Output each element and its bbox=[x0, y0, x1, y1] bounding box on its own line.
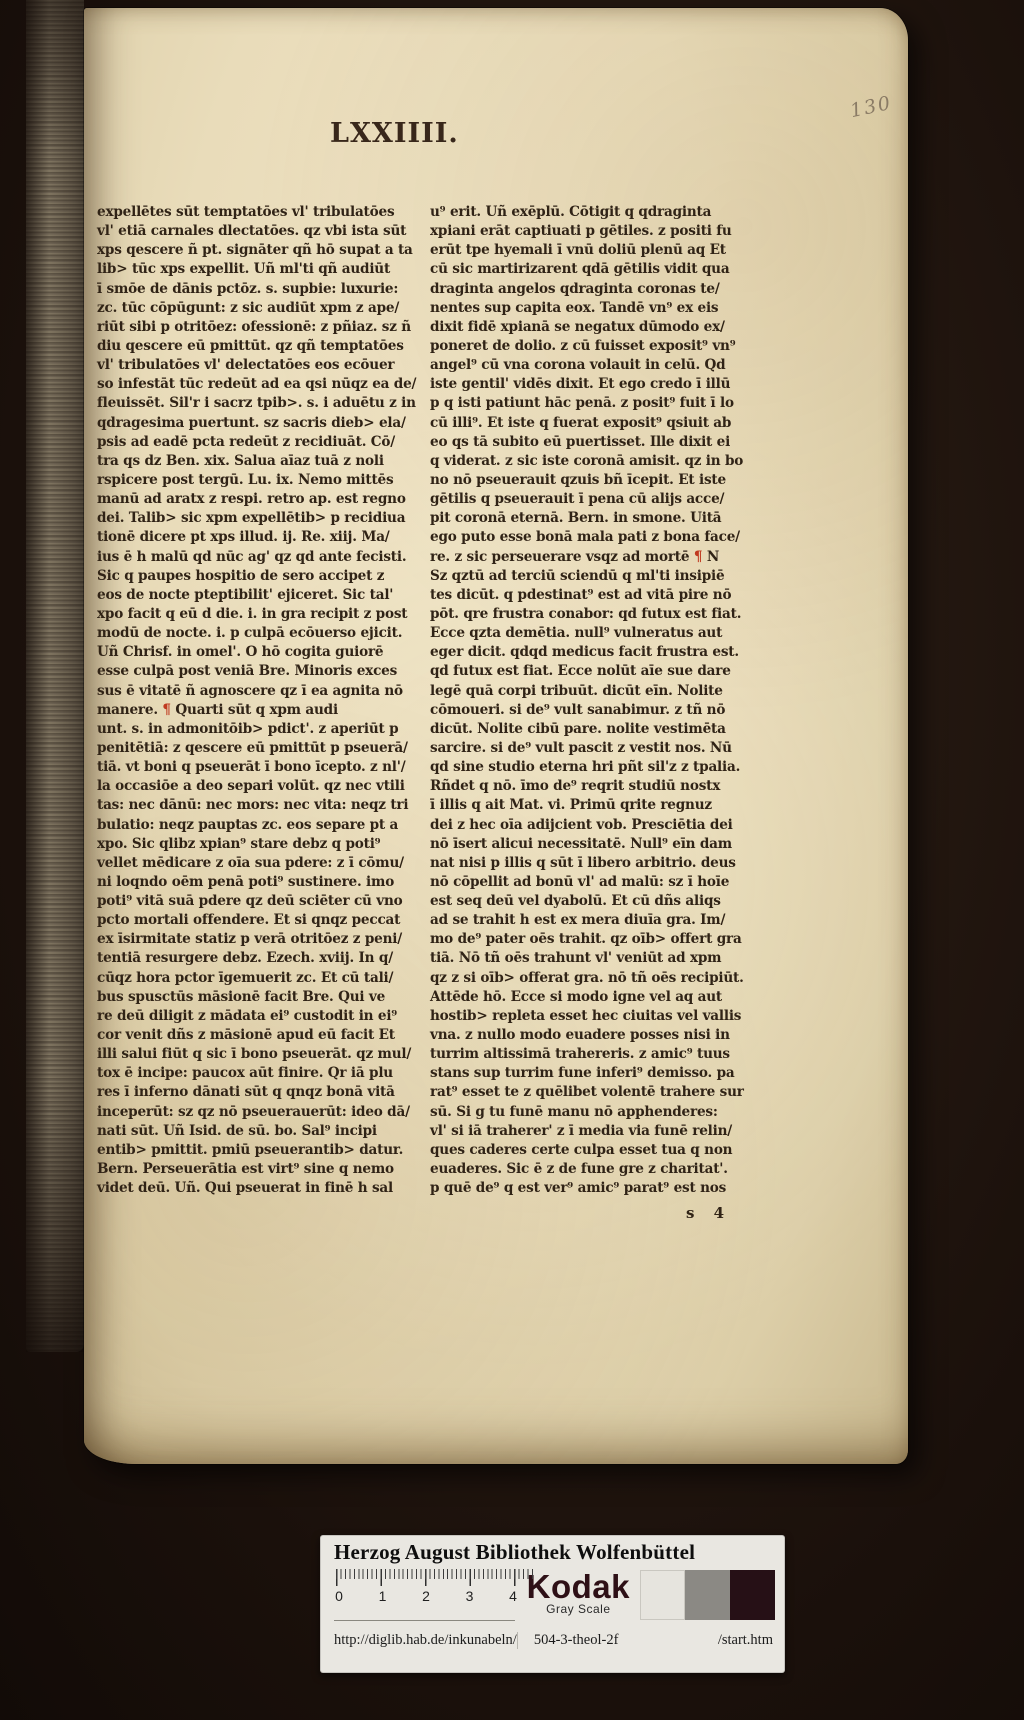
text-line: sū. Si g tu funē manu nō apphenderes: bbox=[430, 1103, 766, 1122]
text-line: Rñdet q nō. īmo de⁹ reqrit studiū nostx bbox=[430, 777, 766, 796]
text-line: gētilis q pseuerauit ī pena cū alijs acc… bbox=[430, 490, 766, 509]
text-line: xpo. Sic qlibz xpian⁹ stare debz q poti⁹ bbox=[97, 835, 433, 854]
text-line: expellētes sūt temptatōes vl' tribulatōe… bbox=[97, 203, 433, 222]
text-line: tes dicūt. q pdestinat⁹ est ad vitā pire… bbox=[430, 586, 766, 605]
text-line: vna. z nullo modo euadere posses nisi in bbox=[430, 1026, 766, 1045]
text-line: rat⁹ esset te z quēlibet volentē trahere… bbox=[430, 1083, 766, 1102]
text-line: legē quā corpi tribuūt. dicūt eīn. Nolit… bbox=[430, 682, 766, 701]
text-line: cor venit dñs z māsionē apud eū facit Et bbox=[97, 1026, 433, 1045]
text-line: stans sup turrim fune inferi⁹ demisso. p… bbox=[430, 1064, 766, 1083]
text-line: eos de nocte pteptibilit' ejiceret. Sic … bbox=[97, 586, 433, 605]
photograph-background: LXXIIII. 130 expellētes sūt temptatōes v… bbox=[0, 0, 1024, 1720]
text-line: cūqz hora pctor īgemuerit zc. Et cū tali… bbox=[97, 969, 433, 988]
shelfmark: 504-3-theol-2f bbox=[517, 1632, 673, 1649]
text-line: dixit fidē xpianā se negatux dūmodo ex/ bbox=[430, 318, 766, 337]
text-line: riūt sibi p otritōez: ofessionē: z pñiaz… bbox=[97, 318, 433, 337]
text-line: illi salui fiūt q sic ī bono pseuerāt. q… bbox=[97, 1045, 433, 1064]
text-line: penitētiā: z qescere eū pmittūt p pseuer… bbox=[97, 739, 433, 758]
text-line: vl' si iā traherer' z ī media via funē r… bbox=[430, 1122, 766, 1141]
text-line: euaderes. Sic ē z de fune gre z charitat… bbox=[430, 1160, 766, 1179]
text-line: ego puto esse bonā mala pati z bona face… bbox=[430, 528, 766, 547]
ruler-minor-ticks bbox=[336, 1569, 536, 1579]
text-line: zc. tūc cōpūgunt: z sic audiūt xpm z ape… bbox=[97, 299, 433, 318]
text-line: ius ē h malū qd nūc ag' qz qd ante fecis… bbox=[97, 548, 433, 567]
text-line: qdragesima puertunt. sz sacris dieb> ela… bbox=[97, 414, 433, 433]
text-line: 4 bbox=[508, 1588, 518, 1604]
text-line: est seq deū vel dyabolū. Et cū dñs aliqs bbox=[430, 892, 766, 911]
text-line: lib> tūc xps expellit. Uñ ml'ti qñ audiū… bbox=[97, 260, 433, 279]
text-line: erūt tpe hyemali ī vnū doliū plenū aq Et bbox=[430, 241, 766, 260]
text-line: xps qescere ñ pt. signāter qñ hō supat a… bbox=[97, 241, 433, 260]
rubric-paragraph-mark: ¶ bbox=[162, 702, 170, 718]
text-line: mo de⁹ pater oēs trahit. qz oīb> offert … bbox=[430, 930, 766, 949]
text-line: dei z hec oīa adijcient vob. Presciētia … bbox=[430, 816, 766, 835]
text-line: re deū diligit z mādata ei⁹ custodit in … bbox=[97, 1007, 433, 1026]
text-line: cū illi⁹. Et iste q fuerat exposit⁹ qsiu… bbox=[430, 414, 766, 433]
text-line: dicūt. Nolite cibū pare. nolite vestimēt… bbox=[430, 720, 766, 739]
text-line: la occasiōe a deo separi volūt. qz nec v… bbox=[97, 777, 433, 796]
text-line: res ī inferno dānati sūt q qnqz bonā vit… bbox=[97, 1083, 433, 1102]
text-line: tentiā resurgere debz. Ezech. xviij. In … bbox=[97, 949, 433, 968]
book-fore-edge bbox=[26, 0, 84, 1352]
text-line: esse culpā post veniā Bre. Minoris exces bbox=[97, 662, 433, 681]
text-line: inceperūt: sz qz nō pseuerauerūt: ideo d… bbox=[97, 1103, 433, 1122]
text-line: xpo facit q eū d die. i. in gra recipit … bbox=[97, 605, 433, 624]
library-name: Herzog August Bibliothek Wolfenbüttel bbox=[320, 1535, 785, 1565]
text-line: angel⁹ cū vna corona volauit in celū. Qd bbox=[430, 356, 766, 375]
text-line: nō īsert alicui necessitatē. Null⁹ eīn d… bbox=[430, 835, 766, 854]
text-line: eo qs tā subito eū puertisset. Ille dixi… bbox=[430, 433, 766, 452]
quire-signature-mark: s 4 bbox=[686, 1204, 731, 1222]
digital-library-url: http://diglib.hab.de/inkunabeln/ bbox=[334, 1632, 517, 1649]
text-line: diu qescere eū pmittūt. qz qñ temptatōes bbox=[97, 337, 433, 356]
text-line: tiā. Nō tñ oēs trahunt vl' veniūt ad xpm bbox=[430, 949, 766, 968]
text-line: fleuissēt. Sil'r i sacrz tpib>. s. i adu… bbox=[97, 394, 433, 413]
text-line: Bern. Perseuerātia est virt⁹ sine q nemo bbox=[97, 1160, 433, 1179]
text-line: u⁹ erit. Uñ exēplū. Cōtigit q qdraginta bbox=[430, 203, 766, 222]
text-line: dei. Talib> sic xpm expellētib> p recidi… bbox=[97, 509, 433, 528]
scale-bar-middle-row: 01234 Kodak Gray Scale bbox=[320, 1565, 785, 1624]
text-line: entib> pmittit. pmiū pseuerantib> datur. bbox=[97, 1141, 433, 1160]
gray-patch-dark bbox=[730, 1570, 775, 1620]
cm-ruler: 01234 bbox=[334, 1568, 515, 1621]
start-page-path: /start.htm bbox=[673, 1632, 773, 1649]
text-line: bulatio: neqz pauptas zc. eos separe pt … bbox=[97, 816, 433, 835]
text-line: turrim altissimā trahereris. z amic⁹ tuu… bbox=[430, 1045, 766, 1064]
ruler-numbers: 01234 bbox=[334, 1588, 518, 1604]
text-line: xpiani erāt captiuati p gētiles. z posit… bbox=[430, 222, 766, 241]
text-line: p quē de⁹ q est ver⁹ amic⁹ parat⁹ est no… bbox=[430, 1179, 766, 1198]
text-line: tas: nec dānū: nec mors: nec vita: neqz … bbox=[97, 796, 433, 815]
text-line: sus ē vitatē ñ agnoscere qz ī ea agnita … bbox=[97, 682, 433, 701]
kodak-scale-bar: Herzog August Bibliothek Wolfenbüttel 01… bbox=[320, 1535, 785, 1673]
text-line: ī smōe de dānis pctōz. s. supbie: luxuri… bbox=[97, 280, 433, 299]
text-line: poneret de dolio. z cū fuisset exposit⁹ … bbox=[430, 337, 766, 356]
text-line: draginta angelos qdraginta coronas te/ bbox=[430, 280, 766, 299]
text-line: Uñ Chrisf. in omel'. O hō cogita guiorē bbox=[97, 643, 433, 662]
text-line: pōt. qre frustra conabor: qd futux est f… bbox=[430, 605, 766, 624]
kodak-wordmark: Kodak bbox=[527, 1572, 630, 1602]
text-line: Ecce qzta demētia. null⁹ vulneratus aut bbox=[430, 624, 766, 643]
folio-header: LXXIIII. bbox=[330, 118, 459, 149]
text-line: tra qs dz Ben. xix. Salua aīaz tuā z nol… bbox=[97, 452, 433, 471]
text-line: tiā. vt boni q pseuerāt ī bono īcepto. z… bbox=[97, 758, 433, 777]
text-line: p q isti patiunt hāc penā. z posit⁹ fuit… bbox=[430, 394, 766, 413]
kodak-logo-block: Kodak Gray Scale bbox=[527, 1568, 630, 1616]
text-line: vl' tribulatōes vl' delectatōes eos ecōu… bbox=[97, 356, 433, 375]
text-line: qz z si oīb> offerat gra. nō tñ oēs reci… bbox=[430, 969, 766, 988]
text-line: pit coronā eternā. Bern. in smone. Uitā bbox=[430, 509, 766, 528]
text-line: no nō pseuerauit qzuis bñ īcepit. Et ist… bbox=[430, 471, 766, 490]
text-line: unt. s. in admonitōib> pdict'. z aperiūt… bbox=[97, 720, 433, 739]
text-line: poti⁹ vitā suā pdere qz deū sciēter cū v… bbox=[97, 892, 433, 911]
text-line: 3 bbox=[465, 1588, 475, 1604]
text-line: nō cōpellit ad bonū vl' ad malū: sz ī ho… bbox=[430, 873, 766, 892]
text-line: vl' etiā carnales dlectatōes. qz vbi ist… bbox=[97, 222, 433, 241]
text-line: cū sic martirizarent qdā gētilis vidit q… bbox=[430, 260, 766, 279]
text-line: pcto mortali offendere. Et si qnqz pecca… bbox=[97, 911, 433, 930]
text-line: iste gentil' vidēs dixit. Et ego credo ī… bbox=[430, 375, 766, 394]
text-column-right: u⁹ erit. Uñ exēplū. Cōtigit q qdragintax… bbox=[430, 203, 766, 1198]
text-line: 2 bbox=[421, 1588, 431, 1604]
text-line: vellet mēdicare z oīa sua pdere: z ī cōm… bbox=[97, 854, 433, 873]
text-line: ex īsirmitate statiz p verā otritōez z p… bbox=[97, 930, 433, 949]
text-line: hostib> repleta esset hec ciuitas vel va… bbox=[430, 1007, 766, 1026]
text-line: qd sine studio eterna hri pñt sil'z z tp… bbox=[430, 758, 766, 777]
text-line: nati sūt. Uñ Isid. de sū. bo. Sal⁹ incip… bbox=[97, 1122, 433, 1141]
text-line: manū ad aratx z respi. retro ap. est reg… bbox=[97, 490, 433, 509]
text-line: modū de nocte. i. p culpā ecōuerso ejici… bbox=[97, 624, 433, 643]
text-column-left: expellētes sūt temptatōes vl' tribulatōe… bbox=[97, 203, 433, 1198]
text-line: tox ē incipe: paucox aūt finire. Qr iā p… bbox=[97, 1064, 433, 1083]
text-line: sarcire. si de⁹ vult pascit z vestit nos… bbox=[430, 739, 766, 758]
text-line: re. z sic perseuerare vsqz ad mortē ¶ N bbox=[430, 548, 766, 567]
gray-patch-light bbox=[640, 1570, 685, 1620]
text-line: ad se trahit h est ex mera diuīa gra. Im… bbox=[430, 911, 766, 930]
text-line: nat nisi p illis q sūt ī libero arbitrio… bbox=[430, 854, 766, 873]
text-line: ī illis q ait Mat. vi. Primū qrite regnu… bbox=[430, 796, 766, 815]
rubric-paragraph-mark: ¶ bbox=[694, 549, 702, 565]
text-line: rspicere post tergū. Lu. ix. Nemo mittēs bbox=[97, 471, 433, 490]
gray-patch-mid bbox=[685, 1570, 730, 1620]
text-line: tionē dicere pt xps illud. ij. Re. xiij.… bbox=[97, 528, 433, 547]
text-line: 0 bbox=[334, 1588, 344, 1604]
text-line: Sz qztū ad terciū sciendū q ml'ti insipi… bbox=[430, 567, 766, 586]
text-line: so infestāt tūc redeūt ad ea qsi nūqz ea… bbox=[97, 375, 433, 394]
gray-scale-patches bbox=[640, 1570, 775, 1620]
text-line: q viderat. z sic iste coronā amisit. qz … bbox=[430, 452, 766, 471]
text-line: manere. ¶ Quarti sūt q xpm audi bbox=[97, 701, 433, 720]
text-line: Attēde hō. Ecce si modo igne vel aq aut bbox=[430, 988, 766, 1007]
text-line: ni loqndo oēm penā poti⁹ sustinere. imo bbox=[97, 873, 433, 892]
text-line: videt deū. Uñ. Qui pseuerat in finē h sa… bbox=[97, 1179, 433, 1198]
text-line: psis ad eadē pcta redeūt z recidiuāt. Cō… bbox=[97, 433, 433, 452]
text-line: ques caderes certe culpa esset tua q non bbox=[430, 1141, 766, 1160]
text-line: eger dicit. qdqd medicus facit frustra e… bbox=[430, 643, 766, 662]
text-line: cōmoueri. si de⁹ vult sanabimur. z tñ nō bbox=[430, 701, 766, 720]
text-line: nentes sup capita eox. Tandē vn⁹ ex eis bbox=[430, 299, 766, 318]
text-line: Sic q paupes hospitio de sero accipet z bbox=[97, 567, 433, 586]
text-line: 1 bbox=[378, 1588, 388, 1604]
text-line: bus spusctūs māsionē facit Bre. Qui ve bbox=[97, 988, 433, 1007]
scale-bar-url-row: http://diglib.hab.de/inkunabeln/ 504-3-t… bbox=[334, 1628, 773, 1652]
text-line: qd futux est fiat. Ecce nolūt aīe sue da… bbox=[430, 662, 766, 681]
